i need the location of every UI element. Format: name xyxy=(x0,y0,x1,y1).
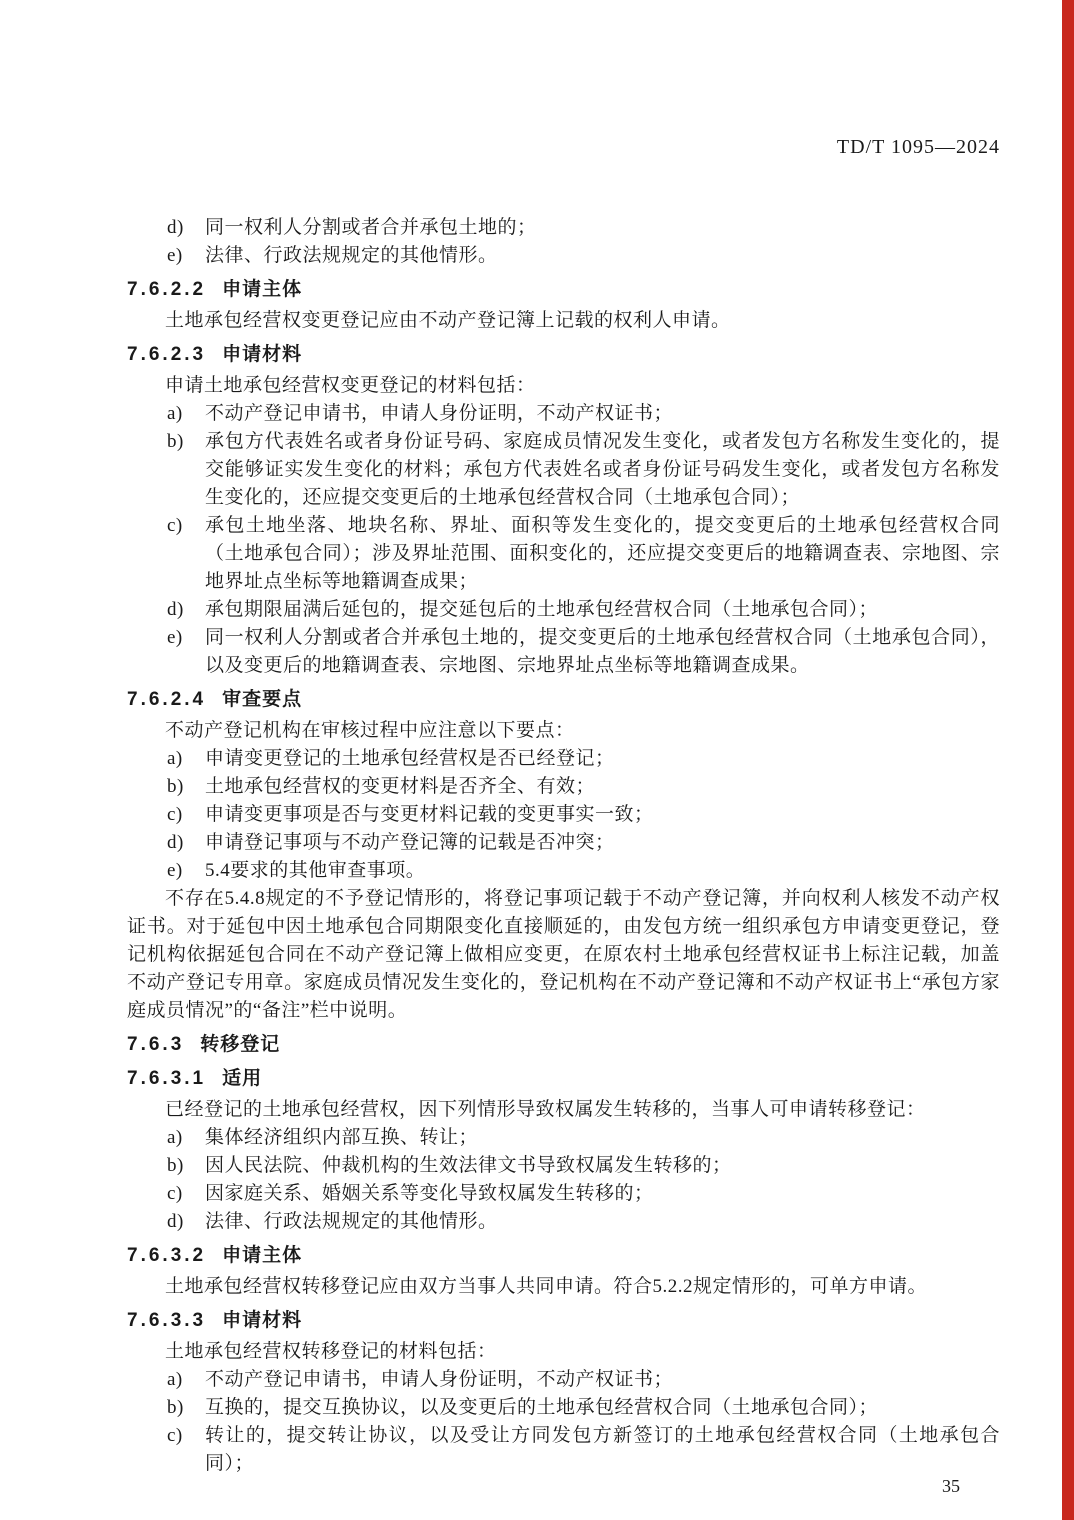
section-title: 申请主体 xyxy=(222,1245,302,1266)
list-marker: c) xyxy=(167,801,183,829)
list-item-text: 申请变更事项是否与变更材料记载的变更事实一致； xyxy=(205,804,654,825)
paragraph: 不存在5.4.8规定的不予登记情形的，将登记事项记载于不动产登记簿，并向权利人核… xyxy=(127,885,1000,1025)
list-item-text: 承包期限届满后延包的，提交延包后的土地承包经营权合同（土地承包合同）； xyxy=(205,599,878,620)
transfer-cases-list: a)集体经济组织内部互换、转让； b)因人民法院、仲裁机构的生效法律文书导致权属… xyxy=(127,1124,1000,1236)
list-marker: b) xyxy=(167,428,184,456)
section-title: 申请材料 xyxy=(222,344,302,365)
list-item: a)不动产登记申请书，申请人身份证明，不动产权证书； xyxy=(127,1366,1000,1394)
list-item-text: 互换的，提交互换协议，以及变更后的土地承包经营权合同（土地承包合同）； xyxy=(205,1397,878,1418)
section-title: 申请主体 xyxy=(222,279,302,300)
carryover-list: d)同一权利人分割或者合并承包土地的； e)法律、行政法规规定的其他情形。 xyxy=(127,214,1000,270)
page-edge-red-bar xyxy=(1062,0,1074,1520)
section-title: 申请材料 xyxy=(222,1310,302,1331)
list-marker: c) xyxy=(167,512,183,540)
section-number: 7.6.3.3 xyxy=(127,1310,206,1331)
paragraph: 不动产登记机构在审核过程中应注意以下要点： xyxy=(127,717,1000,745)
list-marker: d) xyxy=(167,214,184,242)
list-item: b)土地承包经营权的变更材料是否齐全、有效； xyxy=(127,773,1000,801)
list-item: d)法律、行政法规规定的其他情形。 xyxy=(127,1208,1000,1236)
list-item-text: 土地承包经营权的变更材料是否齐全、有效； xyxy=(205,776,595,797)
paragraph: 土地承包经营权转移登记应由双方当事人共同申请。符合5.2.2规定情形的，可单方申… xyxy=(127,1273,1000,1301)
review-points-list: a)申请变更登记的土地承包经营权是否已经登记； b)土地承包经营权的变更材料是否… xyxy=(127,745,1000,885)
list-marker: d) xyxy=(167,829,184,857)
paragraph: 申请土地承包经营权变更登记的材料包括： xyxy=(127,372,1000,400)
transfer-materials-list: a)不动产登记申请书，申请人身份证明，不动产权证书； b)互换的，提交互换协议，… xyxy=(127,1366,1000,1478)
list-marker: a) xyxy=(167,1366,183,1394)
section-heading: 7.6.2.3申请材料 xyxy=(127,341,1000,369)
list-marker: d) xyxy=(167,596,184,624)
list-item-text: 同一权利人分割或者合并承包土地的； xyxy=(205,217,537,238)
list-item: a)不动产登记申请书，申请人身份证明，不动产权证书； xyxy=(127,400,1000,428)
section-number: 7.6.3.1 xyxy=(127,1068,206,1089)
list-item-text: 法律、行政法规规定的其他情形。 xyxy=(205,1211,498,1232)
list-item: c)因家庭关系、婚姻关系等变化导致权属发生转移的； xyxy=(127,1180,1000,1208)
section-title: 转移登记 xyxy=(200,1034,280,1055)
list-item: b)因人民法院、仲裁机构的生效法律文书导致权属发生转移的； xyxy=(127,1152,1000,1180)
list-item-text: 承包方代表姓名或者身份证号码、家庭成员情况发生变化，或者发包方名称发生变化的，提… xyxy=(205,431,1000,508)
list-item-text: 因家庭关系、婚姻关系等变化导致权属发生转移的； xyxy=(205,1183,654,1204)
list-item-text: 承包土地坐落、地块名称、界址、面积等发生变化的，提交变更后的土地承包经营权合同（… xyxy=(205,515,1000,592)
section-number: 7.6.2.4 xyxy=(127,689,206,710)
list-marker: a) xyxy=(167,745,183,773)
list-item: c)转让的，提交转让协议，以及受让方同发包方新签订的土地承包经营权合同（土地承包… xyxy=(127,1422,1000,1478)
section-number: 7.6.2.2 xyxy=(127,279,206,300)
list-item: d)同一权利人分割或者合并承包土地的； xyxy=(127,214,1000,242)
list-item-text: 转让的，提交转让协议，以及受让方同发包方新签订的土地承包经营权合同（土地承包合同… xyxy=(205,1425,1000,1474)
list-marker: a) xyxy=(167,400,183,428)
list-item: c)承包土地坐落、地块名称、界址、面积等发生变化的，提交变更后的土地承包经营权合… xyxy=(127,512,1000,596)
list-item: e)5.4要求的其他审查事项。 xyxy=(127,857,1000,885)
page-number: 35 xyxy=(933,1476,969,1497)
list-item-text: 因人民法院、仲裁机构的生效法律文书导致权属发生转移的； xyxy=(205,1155,732,1176)
list-item: c)申请变更事项是否与变更材料记载的变更事实一致； xyxy=(127,801,1000,829)
document-page: TD/T 1095—2024 d)同一权利人分割或者合并承包土地的； e)法律、… xyxy=(0,0,1074,1520)
section-title: 适用 xyxy=(222,1068,262,1089)
paragraph: 已经登记的土地承包经营权，因下列情形导致权属发生转移的，当事人可申请转移登记： xyxy=(127,1096,1000,1124)
list-item: e)同一权利人分割或者合并承包土地的，提交变更后的土地承包经营权合同（土地承包合… xyxy=(127,624,1000,680)
list-item-text: 同一权利人分割或者合并承包土地的，提交变更后的土地承包经营权合同（土地承包合同）… xyxy=(205,627,1000,676)
list-item-text: 不动产登记申请书，申请人身份证明，不动产权证书； xyxy=(205,1369,673,1390)
list-item: b)承包方代表姓名或者身份证号码、家庭成员情况发生变化，或者发包方名称发生变化的… xyxy=(127,428,1000,512)
list-marker: b) xyxy=(167,773,184,801)
list-item-text: 集体经济组织内部互换、转让； xyxy=(205,1127,478,1148)
list-marker: e) xyxy=(167,624,183,652)
list-item-text: 法律、行政法规规定的其他情形。 xyxy=(205,245,498,266)
list-item: d)申请登记事项与不动产登记簿的记载是否冲突； xyxy=(127,829,1000,857)
list-item: e)法律、行政法规规定的其他情形。 xyxy=(127,242,1000,270)
list-item-text: 申请变更登记的土地承包经营权是否已经登记； xyxy=(205,748,615,769)
section-title: 审查要点 xyxy=(222,689,302,710)
section-heading: 7.6.3.2申请主体 xyxy=(127,1242,1000,1270)
list-marker: e) xyxy=(167,857,183,885)
section-heading: 7.6.2.2申请主体 xyxy=(127,276,1000,304)
list-item: a)申请变更登记的土地承包经营权是否已经登记； xyxy=(127,745,1000,773)
list-marker: c) xyxy=(167,1422,183,1450)
list-item: d)承包期限届满后延包的，提交延包后的土地承包经营权合同（土地承包合同）； xyxy=(127,596,1000,624)
list-marker: c) xyxy=(167,1180,183,1208)
paragraph: 土地承包经营权变更登记应由不动产登记簿上记载的权利人申请。 xyxy=(127,307,1000,335)
materials-list: a)不动产登记申请书，申请人身份证明，不动产权证书； b)承包方代表姓名或者身份… xyxy=(127,400,1000,680)
section-heading: 7.6.3.1适用 xyxy=(127,1065,1000,1093)
section-number: 7.6.3 xyxy=(127,1034,184,1055)
list-item: b)互换的，提交互换协议，以及变更后的土地承包经营权合同（土地承包合同）； xyxy=(127,1394,1000,1422)
list-marker: b) xyxy=(167,1152,184,1180)
list-marker: a) xyxy=(167,1124,183,1152)
list-marker: d) xyxy=(167,1208,184,1236)
list-marker: e) xyxy=(167,242,183,270)
section-number: 7.6.3.2 xyxy=(127,1245,206,1266)
paragraph: 土地承包经营权转移登记的材料包括： xyxy=(127,1338,1000,1366)
list-item-text: 申请登记事项与不动产登记簿的记载是否冲突； xyxy=(205,832,615,853)
section-heading: 7.6.3转移登记 xyxy=(127,1031,1000,1059)
document-content: d)同一权利人分割或者合并承包土地的； e)法律、行政法规规定的其他情形。 7.… xyxy=(127,214,1000,1478)
list-item-text: 5.4要求的其他审查事项。 xyxy=(205,860,425,881)
section-heading: 7.6.3.3申请材料 xyxy=(127,1307,1000,1335)
section-heading: 7.6.2.4审查要点 xyxy=(127,686,1000,714)
standard-number-header: TD/T 1095—2024 xyxy=(837,136,1000,159)
list-item-text: 不动产登记申请书，申请人身份证明，不动产权证书； xyxy=(205,403,673,424)
section-number: 7.6.2.3 xyxy=(127,344,206,365)
list-item: a)集体经济组织内部互换、转让； xyxy=(127,1124,1000,1152)
list-marker: b) xyxy=(167,1394,184,1422)
